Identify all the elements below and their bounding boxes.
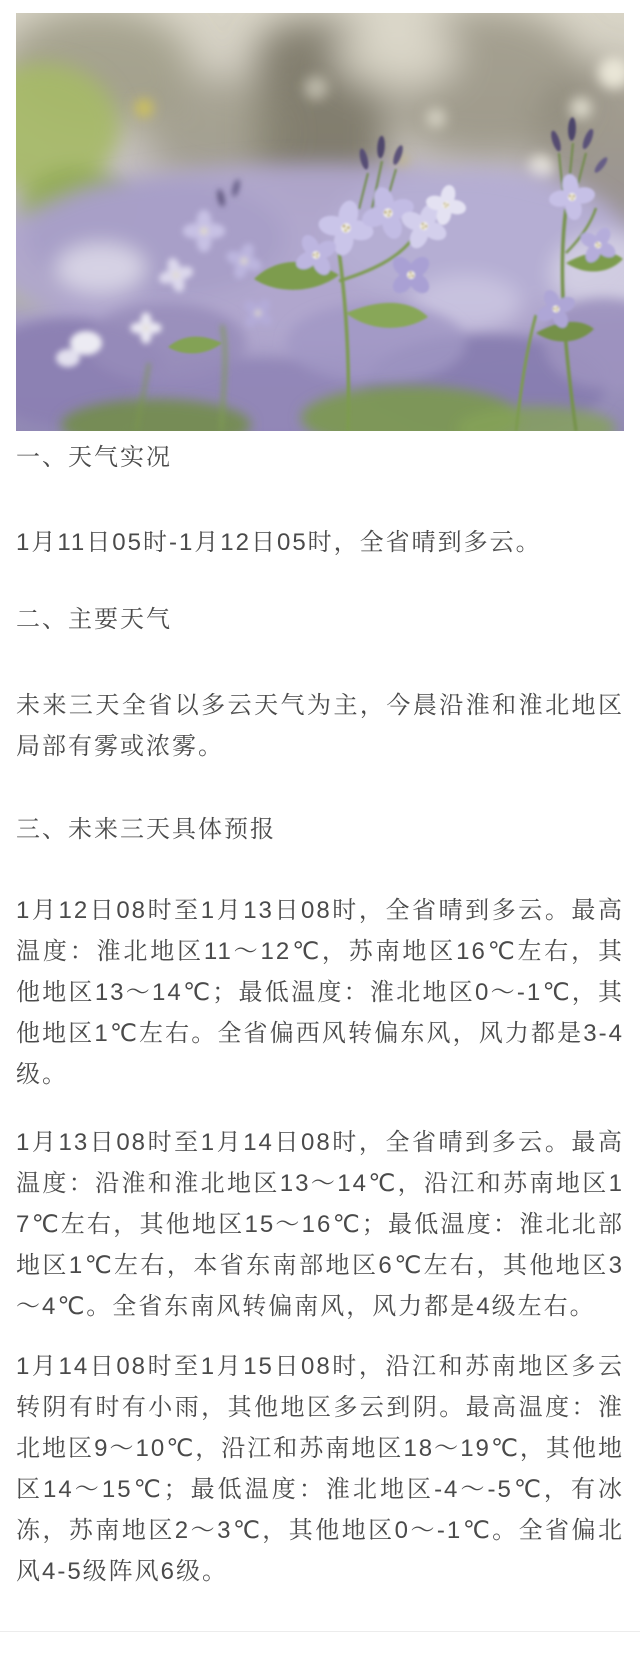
forecast-day-1-paragraph: 1月12日08时至1月13日08时，全省晴到多云。最高温度：淮北地区11～12℃…	[16, 890, 624, 1095]
section-3-heading: 三、未来三天具体预报	[16, 809, 624, 850]
section-1-heading: 一、天气实况	[16, 437, 624, 478]
section-2-heading: 二、主要天气	[16, 599, 624, 640]
hero-image[interactable]	[16, 13, 624, 431]
section-2-paragraph-main-weather: 未来三天全省以多云天气为主，今晨沿淮和淮北地区局部有雾或浓雾。	[16, 685, 624, 767]
flower-field-photo	[16, 13, 624, 431]
bottom-divider	[0, 1631, 640, 1632]
forecast-day-2-paragraph: 1月13日08时至1月14日08时，全省晴到多云。最高温度：沿淮和淮北地区13～…	[16, 1122, 624, 1327]
section-1-paragraph-current-weather: 1月11日05时-1月12日05时，全省晴到多云。	[16, 522, 624, 563]
forecast-day-3-paragraph: 1月14日08时至1月15日08时，沿江和苏南地区多云转阴有时有小雨，其他地区多…	[16, 1346, 624, 1592]
weather-article-page: 一、天气实况 1月11日05时-1月12日05时，全省晴到多云。 二、主要天气 …	[0, 0, 640, 1677]
